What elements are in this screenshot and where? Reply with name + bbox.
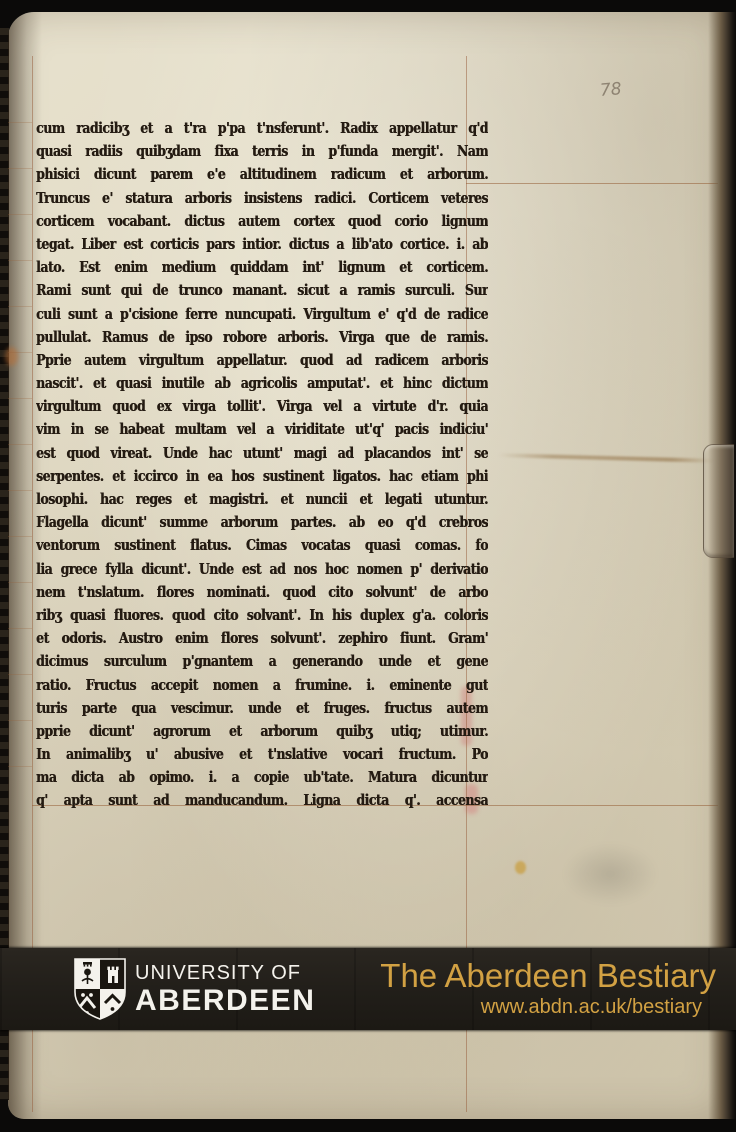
site-title: The Aberdeen Bestiary bbox=[380, 959, 716, 994]
site-url: www.abdn.ac.uk/bestiary bbox=[380, 996, 716, 1019]
manuscript-text-line: q'aptasuntadmanducandum.Lignadictaq'.acc… bbox=[36, 786, 488, 813]
university-wordmark: UNIVERSITY OF ABERDEEN bbox=[135, 963, 315, 1016]
page-index-tab bbox=[703, 444, 734, 558]
folio-number: 78 bbox=[599, 79, 622, 101]
gray-smudge-stain bbox=[563, 843, 658, 905]
yellow-spot-stain bbox=[515, 861, 526, 874]
margin-ruling-ticks bbox=[8, 122, 32, 810]
ruling-horizontal-top bbox=[466, 183, 718, 184]
footer-banner: UNIVERSITY OF ABERDEEN The Aberdeen Best… bbox=[0, 948, 736, 1030]
university-logo: UNIVERSITY OF ABERDEEN bbox=[74, 958, 315, 1020]
university-name-line2: ABERDEEN bbox=[135, 986, 315, 1016]
site-identity: The Aberdeen Bestiary www.abdn.ac.uk/bes… bbox=[380, 959, 716, 1019]
manuscript-text-block: cumradicibʒetat'rap'pat'nsferunt'.Radixa… bbox=[36, 116, 488, 812]
university-name-line1: UNIVERSITY OF bbox=[135, 963, 315, 983]
university-crest-icon bbox=[74, 958, 126, 1020]
